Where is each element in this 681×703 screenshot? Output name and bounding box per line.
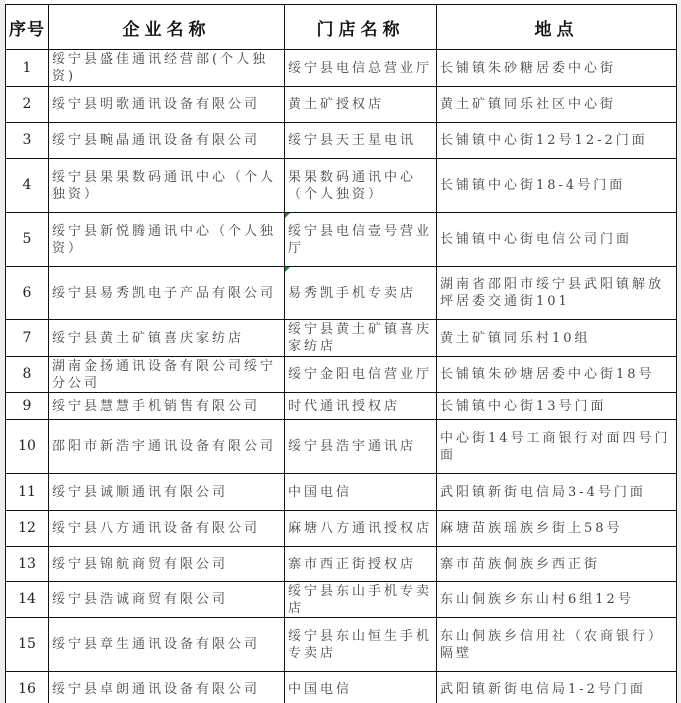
cell-address[interactable]: 东山侗族乡信用社（农商银行）隔壁 (437, 618, 677, 672)
cell-company[interactable]: 绥宁县八方通讯设备有限公司 (49, 511, 285, 547)
cell-store[interactable]: 绥宁金阳电信营业厅 (285, 357, 437, 393)
table-row: 6 绥宁县易秀凯电子产品有限公司 易秀凯手机专卖店 湖南省邵阳市绥宁县武阳镇解放… (6, 267, 677, 320)
table-row: 14 绥宁县浩诚商贸有限公司 绥宁县东山手机专卖店 东山侗族乡东山村6组12号 (6, 582, 677, 618)
cell-company[interactable]: 绥宁县果果数码通讯中心（个人独资） (49, 159, 285, 213)
cell-store[interactable]: 绥宁县天王星电讯 (285, 123, 437, 159)
cell-store[interactable]: 黄土矿授权店 (285, 87, 437, 123)
table-row: 10 邵阳市新浩宇通讯设备有限公司 绥宁县浩宇通讯店 中心街14号工商银行对面四… (6, 420, 677, 474)
table-row: 12 绥宁县八方通讯设备有限公司 麻塘八方通讯授权店 麻塘苗族瑶族乡街上58号 (6, 511, 677, 547)
cell-company[interactable]: 湖南金扬通讯设备有限公司绥宁分公司 (49, 357, 285, 393)
cell-address[interactable]: 东山侗族乡东山村6组12号 (437, 582, 677, 618)
cell-store[interactable]: 绥宁县电信壹号营业厅 (285, 213, 437, 267)
cell-company[interactable]: 绥宁县卓朗通讯设备有限公司 (49, 672, 285, 703)
cell-company[interactable]: 绥宁县慧慧手机销售有限公司 (49, 393, 285, 420)
scroll-gutter (677, 0, 681, 703)
cell-company[interactable]: 绥宁县易秀凯电子产品有限公司 (49, 267, 285, 320)
cell-store[interactable]: 中国电信 (285, 672, 437, 703)
table-row: 5 绥宁县新悦腾通讯中心（个人独资） 绥宁县电信壹号营业厅 长铺镇中心街电信公司… (6, 213, 677, 267)
cell-address[interactable]: 长铺镇中心街13号门面 (437, 393, 677, 420)
cell-no[interactable]: 15 (6, 618, 49, 672)
table-row: 3 绥宁县畹晶通讯设备有限公司 绥宁县天王星电讯 长铺镇中心街12号12-2门面 (6, 123, 677, 159)
header-store[interactable]: 门店名称 (285, 5, 437, 50)
cell-no[interactable]: 16 (6, 672, 49, 703)
cell-company[interactable]: 绥宁县明歌通讯设备有限公司 (49, 87, 285, 123)
cell-address[interactable]: 武阳镇新街电信局3-4号门面 (437, 474, 677, 511)
cell-company[interactable]: 绥宁县黄土矿镇喜庆家纺店 (49, 320, 285, 357)
spreadsheet-view: 序号 企业名称 门店名称 地点 1 绥宁县盛佳通讯经营部(个人独资) 绥宁县电信… (0, 0, 681, 703)
cell-store[interactable]: 时代通讯授权店 (285, 393, 437, 420)
cell-store[interactable]: 绥宁县东山恒生手机专卖店 (285, 618, 437, 672)
cell-no[interactable]: 8 (6, 357, 49, 393)
cell-no[interactable]: 1 (6, 50, 49, 87)
cell-no[interactable]: 2 (6, 87, 49, 123)
cell-no[interactable]: 6 (6, 267, 49, 320)
cell-no[interactable]: 4 (6, 159, 49, 213)
cell-store[interactable]: 绥宁县浩宇通讯店 (285, 420, 437, 474)
cell-company[interactable]: 邵阳市新浩宇通讯设备有限公司 (49, 420, 285, 474)
cell-store[interactable]: 易秀凯手机专卖店 (285, 267, 437, 320)
cell-address[interactable]: 长铺镇朱砂糖居委中心街 (437, 50, 677, 87)
cell-address[interactable]: 长铺镇朱砂塘居委中心街18号 (437, 357, 677, 393)
cell-no[interactable]: 5 (6, 213, 49, 267)
cell-address[interactable]: 黄土矿镇同乐村10组 (437, 320, 677, 357)
cell-address[interactable]: 麻塘苗族瑶族乡街上58号 (437, 511, 677, 547)
cell-company[interactable]: 绥宁县锦航商贸有限公司 (49, 547, 285, 582)
cell-address[interactable]: 寨市苗族侗族乡西正街 (437, 547, 677, 582)
table-row: 11 绥宁县诚顺通讯有限公司 中国电信 武阳镇新街电信局3-4号门面 (6, 474, 677, 511)
cell-company[interactable]: 绥宁县畹晶通讯设备有限公司 (49, 123, 285, 159)
table-row: 15 绥宁县章生通讯设备有限公司 绥宁县东山恒生手机专卖店 东山侗族乡信用社（农… (6, 618, 677, 672)
cell-address[interactable]: 长铺镇中心街电信公司门面 (437, 213, 677, 267)
table-row: 7 绥宁县黄土矿镇喜庆家纺店 绥宁县黄土矿镇喜庆家纺店 黄土矿镇同乐村10组 (6, 320, 677, 357)
cell-store[interactable]: 中国电信 (285, 474, 437, 511)
cell-company[interactable]: 绥宁县盛佳通讯经营部(个人独资) (49, 50, 285, 87)
table-row: 8 湖南金扬通讯设备有限公司绥宁分公司 绥宁金阳电信营业厅 长铺镇朱砂塘居委中心… (6, 357, 677, 393)
cell-store[interactable]: 绥宁县黄土矿镇喜庆家纺店 (285, 320, 437, 357)
cell-company[interactable]: 绥宁县诚顺通讯有限公司 (49, 474, 285, 511)
cell-no[interactable]: 11 (6, 474, 49, 511)
cell-address[interactable]: 湖南省邵阳市绥宁县武阳镇解放坪居委交通街101 (437, 267, 677, 320)
cell-store[interactable]: 寨市西正街授权店 (285, 547, 437, 582)
cell-no[interactable]: 10 (6, 420, 49, 474)
store-list-table: 序号 企业名称 门店名称 地点 1 绥宁县盛佳通讯经营部(个人独资) 绥宁县电信… (5, 4, 677, 703)
cell-address[interactable]: 长铺镇中心街18-4号门面 (437, 159, 677, 213)
table-row: 2 绥宁县明歌通讯设备有限公司 黄土矿授权店 黄土矿镇同乐社区中心街 (6, 87, 677, 123)
table-row: 4 绥宁县果果数码通讯中心（个人独资） 果果数码通讯中心（个人独资） 长铺镇中心… (6, 159, 677, 213)
cell-company[interactable]: 绥宁县浩诚商贸有限公司 (49, 582, 285, 618)
cell-company[interactable]: 绥宁县新悦腾通讯中心（个人独资） (49, 213, 285, 267)
cell-store[interactable]: 绥宁县东山手机专卖店 (285, 582, 437, 618)
cell-address[interactable]: 中心街14号工商银行对面四号门面 (437, 420, 677, 474)
header-company[interactable]: 企业名称 (49, 5, 285, 50)
table-row: 16 绥宁县卓朗通讯设备有限公司 中国电信 武阳镇新街电信局1-2号门面 (6, 672, 677, 703)
cell-company[interactable]: 绥宁县章生通讯设备有限公司 (49, 618, 285, 672)
cell-no[interactable]: 12 (6, 511, 49, 547)
table-row: 13 绥宁县锦航商贸有限公司 寨市西正街授权店 寨市苗族侗族乡西正街 (6, 547, 677, 582)
cell-store[interactable]: 果果数码通讯中心（个人独资） (285, 159, 437, 213)
cell-no[interactable]: 14 (6, 582, 49, 618)
header-no[interactable]: 序号 (6, 5, 49, 50)
cell-store[interactable]: 绥宁县电信总营业厅 (285, 50, 437, 87)
cell-no[interactable]: 7 (6, 320, 49, 357)
cell-no[interactable]: 3 (6, 123, 49, 159)
table-row: 1 绥宁县盛佳通讯经营部(个人独资) 绥宁县电信总营业厅 长铺镇朱砂糖居委中心街 (6, 50, 677, 87)
header-address[interactable]: 地点 (437, 5, 677, 50)
cell-store[interactable]: 麻塘八方通讯授权店 (285, 511, 437, 547)
cell-no[interactable]: 13 (6, 547, 49, 582)
cell-no[interactable]: 9 (6, 393, 49, 420)
header-row: 序号 企业名称 门店名称 地点 (6, 5, 677, 50)
cell-address[interactable]: 黄土矿镇同乐社区中心街 (437, 87, 677, 123)
cell-address[interactable]: 长铺镇中心街12号12-2门面 (437, 123, 677, 159)
table-row: 9 绥宁县慧慧手机销售有限公司 时代通讯授权店 长铺镇中心街13号门面 (6, 393, 677, 420)
cell-address[interactable]: 武阳镇新街电信局1-2号门面 (437, 672, 677, 703)
